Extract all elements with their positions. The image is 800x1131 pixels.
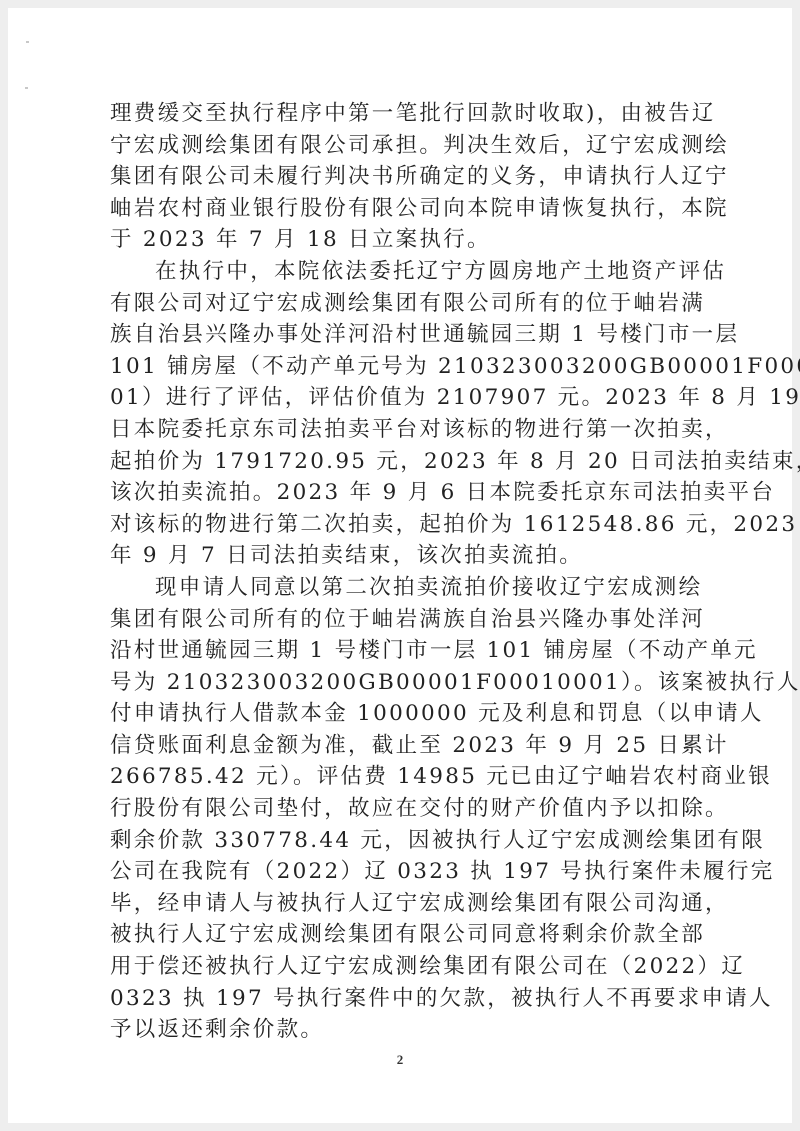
text-line: 对该标的物进行第二次拍卖，起拍价为 1612548.86 元，2023: [110, 509, 700, 541]
text-line: 理费缓交至执行程序中第一笔批行回款时收取)，由被告辽: [110, 98, 700, 130]
text-line: 毕，经申请人与被执行人辽宁宏成测绘集团有限公司沟通，: [110, 888, 700, 920]
text-line: 公司在我院有（2022）辽 0323 执 197 号执行案件未履行完: [110, 856, 700, 888]
text-line: 有限公司对辽宁宏成测绘集团有限公司所有的位于岫岩满: [110, 288, 700, 320]
paragraph-start-line: 在执行中，本院依法委托辽宁方圆房地产土地资产评估: [110, 256, 700, 288]
page-bottom-border: [0, 1123, 800, 1131]
text-line: 该次拍卖流拍。2023 年 9 月 6 日本院委托京东司法拍卖平台: [110, 477, 700, 509]
text-line: 年 9 月 7 日司法拍卖结束，该次拍卖流拍。: [110, 540, 700, 572]
text-line: 沿村世通毓园三期 1 号楼门市一层 101 铺房屋（不动产单元: [110, 635, 700, 667]
document-body: 理费缓交至执行程序中第一笔批行回款时收取)，由被告辽 宁宏成测绘集团有限公司承担…: [110, 98, 700, 1046]
text-line: 予以返还剩余价款。: [110, 1014, 700, 1046]
text-line: 集团有限公司所有的位于岫岩满族自治县兴隆办事处洋河: [110, 604, 700, 636]
text-line: 号为 210323003200GB00001F00010001）。该案被执行人应…: [110, 667, 700, 699]
binding-mark: [26, 41, 29, 43]
text-line: 101 铺房屋（不动产单元号为 210323003200GB00001F0001…: [110, 351, 700, 383]
paragraph-start-line: 现申请人同意以第二次拍卖流拍价接收辽宁宏成测绘: [110, 572, 700, 604]
text-line: 集团有限公司未履行判决书所确定的义务，申请执行人辽宁: [110, 161, 700, 193]
text-line: 用于偿还被执行人辽宁宏成测绘集团有限公司在（2022）辽: [110, 951, 700, 983]
text-line: 宁宏成测绘集团有限公司承担。判决生效后，辽宁宏成测绘: [110, 130, 700, 162]
text-line: 0323 执 197 号执行案件中的欠款，被执行人不再要求申请人: [110, 983, 700, 1015]
page-number: 2: [0, 1052, 800, 1068]
text-line: 被执行人辽宁宏成测绘集团有限公司同意将剩余价款全部: [110, 919, 700, 951]
text-line: 266785.42 元）。评估费 14985 元已由辽宁岫岩农村商业银: [110, 761, 700, 793]
text-line: 岫岩农村商业银行股份有限公司向本院申请恢复执行，本院: [110, 193, 700, 225]
text-line: 族自治县兴隆办事处洋河沿村世通毓园三期 1 号楼门市一层: [110, 319, 700, 351]
text-line: 起拍价为 1791720.95 元，2023 年 8 月 20 日司法拍卖结束，: [110, 446, 700, 478]
text-line: 付申请执行人借款本金 1000000 元及利息和罚息（以申请人: [110, 698, 700, 730]
text-line: 剩余价款 330778.44 元，因被执行人辽宁宏成测绘集团有限: [110, 825, 700, 857]
binding-mark: [25, 87, 28, 89]
text-line: 日本院委托京东司法拍卖平台对该标的物进行第一次拍卖，: [110, 414, 700, 446]
text-line: 01）进行了评估，评估价值为 2107907 元。2023 年 8 月 19: [110, 382, 700, 414]
text-line: 行股份有限公司垫付，故应在交付的财产价值内予以扣除。: [110, 793, 700, 825]
text-line: 信贷账面利息金额为准，截止至 2023 年 9 月 25 日累计: [110, 730, 700, 762]
text-line: 于 2023 年 7 月 18 日立案执行。: [110, 224, 700, 256]
